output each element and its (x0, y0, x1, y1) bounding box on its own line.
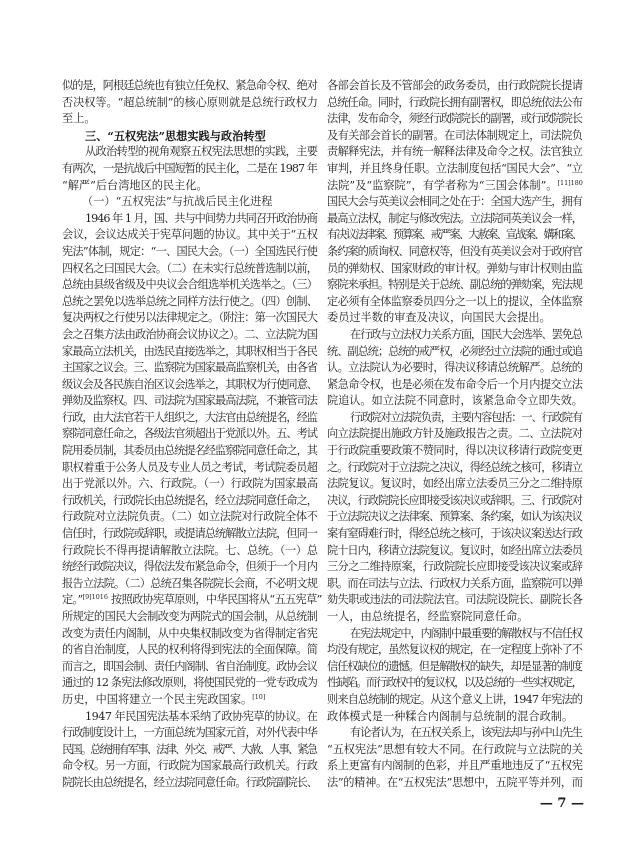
line-text: 改变为责任内阁制，从中央集权制改变为省得制定省宪 (62, 626, 317, 643)
text-line: 于立法院决议之法律案、预算案、条约案，如认为该决议 (327, 509, 583, 526)
left-column: 似的是，阿根廷总统也有独立任免权、紧急命令权、绝对 否决权等。“超总统制”的核心… (62, 78, 318, 792)
line-text: 法律，发布命令，须经行政院院长的副署，或行政院院长 (327, 111, 582, 128)
text-line: 信任权缺位的遗憾。但是解散权的缺失，却是显著的制度 (327, 659, 583, 676)
text-line: 察院来承担。特别是关于总统、副总统的弹劾案，宪法规 (327, 277, 583, 294)
line-text: 统经行政院决议，得依法发布紧急命令，但须于一个月内 (62, 559, 317, 576)
text-line: 定必须有全体监察委员四分之一以上的提议，全体监察 (327, 294, 583, 311)
text-line: 各部会首长及不管部会的政务委员，由行政院院长提请 (327, 78, 583, 95)
line-text: 有决议法律案、预算案、戒严案、大赦案、宣战案、媾和案、 (327, 227, 581, 244)
line-text: 1946 年 1 月，国、共与中间势力共同召开政治协商 (85, 211, 317, 228)
text-line: 民国。总统拥有军事、法律、外交、戒严、大赦、人事、紧急 (62, 742, 318, 759)
line-text: 报告立法院。（二）总统召集各院院长会商，不必明文规 (62, 576, 317, 593)
text-line: 职。而在司法与立法、行政权力关系方面，监察院可以弹 (327, 576, 583, 593)
text-line: 行政，由大法官若干人组织之，大法官由总统提名，经监 (62, 410, 318, 427)
text-line: 员的弹劾权、国家财政的审计权。弹劾与审计权则由监 (327, 261, 583, 278)
line-text: 及有关部会首长的副署。在司法体制规定上，司法院负 (327, 128, 582, 145)
line-text: 信任权缺位的遗憾。但是解散权的缺失，却是显著的制度 (327, 659, 582, 676)
journal-page: 似的是，阿根廷总统也有独立任免权、紧急命令权、绝对 否决权等。“超总统制”的核心… (0, 0, 640, 863)
text-line: 委员过半数的审查及决议，向国民大会提出。 (327, 310, 583, 327)
line-text-pre: 法院”及“监察院”，有学者称为“三国会体制”。 (327, 179, 558, 192)
text-line: 改变为责任内阁制，从中央集权制改变为省得制定省宪 (62, 626, 318, 643)
text-line: 法”的精神。在“五权宪法”思想中，五院平等并列，而 (327, 775, 583, 792)
line-text: 三分之二维持原案，行政院院长应即接受该决议案或辞 (327, 559, 582, 576)
text-line: 似的是，阿根廷总统也有独立任免权、紧急命令权、绝对 (62, 78, 318, 95)
paragraph-start-line: 在行政与立法权力关系方面，国民大会选举、罢免总 (327, 327, 583, 344)
line-text: 紧急命令权，也是必须在发布命令后一个月内提交立法 (327, 377, 582, 394)
line-text: 总统任命。同时，行政院长拥有副署权，即总统依法公布 (327, 95, 582, 112)
line-text: 总统之罢免以选举总统之同样方法行使之。（四）创制、 (62, 294, 317, 311)
page-number: — 7 — (530, 796, 584, 811)
paragraph-start-line: 行政院对立法院负责，主要内容包括：一、行政院有 (327, 410, 583, 427)
line-text: 会之召集方法由政治协商会议协议之）。二、立法院为国 (62, 327, 317, 344)
text-line: 复决两权之行使另以法律规定之。（附注：第一次国民大 (62, 310, 318, 327)
text-line: 会议，会议达成关于宪草问题的协议。其中关于“五权 (62, 227, 318, 244)
line-text: 级议会及各民族自治区议会选举之，其职权为行使同意、 (62, 377, 317, 394)
text-line: 宪法”体制，规定：“一、国民大会。（一）全国选民行使 (62, 244, 318, 261)
right-column: 各部会首长及不管部会的政务委员，由行政院院长提请 总统任命。同时，行政院长拥有副… (327, 78, 583, 792)
text-line: 统、副总统；总统的戒严权，必须经过立法院的通过或追 (327, 344, 583, 361)
line-text: 出于党派以外。六、行政院。（一）行政院为国家最高 (62, 476, 318, 493)
line-text: 均没有规定，虽然复议权的规定，在一定程度上弥补了不 (327, 642, 582, 659)
text-line: 有两次，一是抗战后中国短暂的民主化，二是在 1987 年 (62, 161, 318, 178)
text-line: 向立法院提出施政方针及施政报告之责。二、立法院对 (327, 426, 583, 443)
line-text: 一人，由总统提名，经监察院同意任命。 (327, 609, 528, 626)
line-text: 政体模式是一种糅合内阁制与总统制的混合政制。 (327, 709, 573, 726)
line-text: 历史，中国将建立一个民主宪政国家。[10] (62, 692, 265, 709)
line-text: 民国。总统拥有军事、法律、外交、戒严、大赦、人事、紧急 (62, 742, 316, 759)
line-text: 法院”及“监察院”，有学者称为“三国会体制”。[11]180 (327, 178, 583, 195)
line-text-pre: 定。” (62, 593, 83, 606)
text-line: 报告立法院。（二）总统召集各院院长会商，不必明文规 (62, 576, 318, 593)
line-text: 审判，并且终身任职。立法制度包括“国民大会”、“立 (327, 161, 583, 178)
line-text: 行政机关，行政院长由总统提名，经立法院同意任命之， (62, 493, 317, 510)
line-text: 家最高立法机关，由选民直接选举之，其职权相当于各民 (62, 344, 317, 361)
text-line: 信任时，行政院或辞职，或提请总统解散立法院，但同一 (62, 526, 318, 543)
line-text: 行政，由大法官若干人组织之，大法官由总统提名，经监 (62, 410, 317, 427)
paragraph-start-line: 1947 年民国宪法基本采纳了政协宪草的协议。在 (62, 709, 318, 726)
line-text: 察院同意任命之，各级法官须超出于党派以外。五、考试 (62, 426, 317, 443)
text-line: 至上。 (62, 111, 318, 128)
line-text: 法”的精神。在“五权宪法”思想中，五院平等并列，而 (327, 775, 583, 792)
line-text: 在行政与立法权力关系方面，国民大会选举、罢免总 (350, 327, 582, 344)
text-line: 法律，发布命令，须经行政院院长的副署，或行政院院长 (327, 111, 583, 128)
text-line: 四权名之曰国民大会。（二）在未实行总统普选制以前， (62, 261, 318, 278)
text-line: 劾失职或违法的司法院法官。司法院设院长、副院长各 (327, 592, 583, 609)
line-text: 在宪法规定中，内阁制中最重要的解散权与不信任权 (350, 626, 582, 643)
text-line: 所规定的国民大会制改变为两院式的国会制，从总统制 (62, 609, 318, 626)
line-text: 定。”[9]1016 按照政协宪草原则，中华民国将从“五五宪草” (62, 592, 322, 609)
line-text: 的省自治制度，人民的权利将得到宪法的全面保障。简 (62, 642, 317, 659)
line-text: 决议，行政院院长应即接受该决议或辞职。三、行政院对 (327, 493, 582, 510)
line-text: 复决两权之行使另以法律规定之。（附注：第一次国民大 (62, 310, 317, 327)
text-line: 条约案的质询权、同意权等，但没有英美议会对于政府官 (327, 244, 583, 261)
line-text: 于立法院决议之法律案、预算案、条约案，如认为该决议 (327, 509, 582, 526)
paragraph-start-line: 在宪法规定中，内阁制中最重要的解散权与不信任权 (327, 626, 583, 643)
section-heading-text: 三、“五权宪法”思想实践与政治转型 (85, 128, 266, 145)
line-text: “五权宪法”思想有较大不同。在行政院与立法院的关 (327, 742, 583, 759)
line-text: 有两次，一是抗战后中国短暂的民主化，二是在 1987 年 (62, 161, 317, 178)
line-text: 1947 年民国宪法基本采纳了政协宪草的协议。在 (85, 709, 318, 726)
line-text: 各部会首长及不管部会的政务委员，由行政院院长提请 (327, 78, 582, 95)
text-line: 职权着重于公务人员及专业人员之考试，考试院委员超 (62, 460, 318, 477)
text-line: 认。立法院认为必要时，得决议移请总统解严。总统的 (327, 360, 583, 377)
line-text: 责解释宪法，并有统一解释法律及命令之权。法官独立 (327, 144, 582, 161)
text-line: 会之召集方法由政治协商会议协议之）。二、立法院为国 (62, 327, 318, 344)
text-line: 而言之，即国会制、责任内阁制、省自治制度。政协会议 (62, 659, 318, 676)
text-line: 于行政院重要政策不赞同时，得以决议移请行政院变更 (327, 443, 583, 460)
line-text: 性缺陷。而行政权中的复议权，以及总统的一些实权规定， (327, 675, 582, 692)
text-line: 有决议法律案、预算案、戒严案、大赦案、宣战案、媾和案、 (327, 227, 583, 244)
line-text: 行政院对立法院负责，主要内容包括：一、行政院有 (350, 410, 582, 427)
line-text: 向立法院提出施政方针及施政报告之责。二、立法院对 (327, 426, 582, 443)
text-line: 审判，并且终身任职。立法制度包括“国民大会”、“立 (327, 161, 583, 178)
text-line: 系上更富有内阁制的色彩，并且严重地违反了“五权宪 (327, 758, 583, 775)
text-line: 通过的 12 条宪法修改原则，将使国民党的一党专政成为 (62, 675, 318, 692)
line-text: 而言之，即国会制、责任内阁制、省自治制度。政协会议 (62, 659, 317, 676)
text-line: 法院复议。复议时，如经出席立法委员三分之二维持原 (327, 476, 583, 493)
line-text: 似的是，阿根廷总统也有独立任免权、紧急命令权、绝对 (62, 78, 317, 95)
line-text: 员的弹劾权、国家财政的审计权。弹劾与审计权则由监 (327, 261, 582, 278)
line-text: 从政治转型的视角观察五权宪法思想的实践，主要 (85, 144, 317, 161)
line-text: 察院来承担。特别是关于总统、副总统的弹劾案，宪法规 (327, 277, 582, 294)
line-text: 会议，会议达成关于宪草问题的协议。其中关于“五权 (62, 227, 318, 244)
line-text: “解严”后台湾地区的民主化。 (62, 178, 208, 195)
text-line: 察院同意任命之，各级法官须超出于党派以外。五、考试 (62, 426, 318, 443)
text-line: 之。行政院对于立法院之决议，得经总统之核可，移请立 (327, 460, 583, 477)
text-line: 主国家之议会。三、监察院为国家最高监察机关，由各省 (62, 360, 318, 377)
line-text: 院院长由总统提名，经立法院同意任命。行政院副院长、 (62, 775, 317, 792)
line-text: 所规定的国民大会制改变为两院式的国会制，从总统制 (62, 609, 317, 626)
text-line: 行政制度设计上，一方面总统为国家元首，对外代表中华 (62, 725, 318, 742)
text-line: 院院长由总统提名，经立法院同意任命。行政院副院长、 (62, 775, 318, 792)
line-text: 总统由县级省级及中央议会合组选举机关选举之。（三） (62, 277, 317, 294)
line-text: 行政院长不得再提请解散立法院。七、总统。（一）总 (62, 543, 318, 560)
text-line: 均没有规定，虽然复议权的规定，在一定程度上弥补了不 (327, 642, 583, 659)
paragraph-start-line: 1946 年 1 月，国、共与中间势力共同召开政治协商 (62, 211, 318, 228)
line-text: 则来自总统制的规定。从这个意义上讲，1947 年宪法的 (327, 692, 582, 709)
text-line: 一人，由总统提名，经监察院同意任命。 (327, 609, 583, 626)
paragraph-start-line: 有论者认为，在五权关系上，该宪法却与孙中山先生 (327, 725, 583, 742)
text-line: 行政机关，行政院长由总统提名，经立法院同意任命之， (62, 493, 318, 510)
text-line: 级议会及各民族自治区议会选举之，其职权为行使同意、 (62, 377, 318, 394)
line-text: 主国家之议会。三、监察院为国家最高监察机关，由各省 (62, 360, 317, 377)
line-text: 弹劾及监察权。四、司法院为国家最高法院，不兼管司法 (62, 393, 317, 410)
line-text: 条约案的质询权、同意权等，但没有英美议会对于政府官 (327, 244, 582, 261)
line-text: 信任时，行政院或辞职，或提请总统解散立法院，但同一 (62, 526, 317, 543)
line-text: 案有窒碍难行时，得经总统之核可，于该决议案送达行政 (327, 526, 582, 543)
text-line: 家最高立法机关，由选民直接选举之，其职权相当于各民 (62, 344, 318, 361)
citation-superscript: [9]1016 (83, 593, 108, 601)
line-text: 认。立法院认为必要时，得决议移请总统解严。总统的 (327, 360, 582, 377)
text-line-with-citation: 历史，中国将建立一个民主宪政国家。[10] (62, 692, 318, 709)
text-line: 行政院对立法院负责。（二）如立法院对行政院全体不 (62, 509, 318, 526)
line-text: 宪法”体制，规定：“一、国民大会。（一）全国选民行使 (62, 244, 317, 261)
line-text: 之。行政院对于立法院之决议，得经总统之核可，移请立 (327, 460, 582, 477)
line-text: 定必须有全体监察委员四分之一以上的提议，全体监察 (327, 294, 582, 311)
text-line: 紧急命令权，也是必须在发布命令后一个月内提交立法 (327, 377, 583, 394)
line-text: 委员过半数的审查及决议，向国民大会提出。 (327, 310, 551, 327)
line-text: 劾失职或违法的司法院法官。司法院设院长、副院长各 (327, 592, 582, 609)
line-text: 行政制度设计上，一方面总统为国家元首，对外代表中华 (62, 725, 317, 742)
text-line: 最高立法权，制定与修改宪法。立法院同英美议会一样， (327, 211, 583, 228)
text-line: 案有窒碍难行时，得经总统之核可，于该决议案送达行政 (327, 526, 583, 543)
text-line: 出于党派以外。六、行政院。（一）行政院为国家最高 (62, 476, 318, 493)
text-line: 统经行政院决议，得依法发布紧急命令，但须于一个月内 (62, 559, 318, 576)
text-line: 性缺陷。而行政权中的复议权，以及总统的一些实权规定， (327, 675, 583, 692)
citation-superscript: [11]180 (558, 179, 583, 187)
line-text: 院追认。如立法院不同意时，该紧急命令立即失效。 (327, 393, 583, 410)
citation-superscript: [10] (252, 693, 265, 701)
text-line: 的省自治制度，人民的权利将得到宪法的全面保障。简 (62, 642, 318, 659)
line-text: 国民大会与英美议会相同之处在于：全国大选产生，拥有 (327, 194, 582, 211)
text-line-with-citation: 定。”[9]1016 按照政协宪草原则，中华民国将从“五五宪草” (62, 592, 318, 609)
text-line: 及有关部会首长的副署。在司法体制规定上，司法院负 (327, 128, 583, 145)
text-line: 政体模式是一种糅合内阁制与总统制的混合政制。 (327, 709, 583, 726)
subsection-heading-text: （一）“五权宪法”与抗战后民主化进程 (82, 194, 272, 211)
text-line: 总统任命。同时，行政院长拥有副署权，即总统依法公布 (327, 95, 583, 112)
text-line: 国民大会与英美议会相同之处在于：全国大选产生，拥有 (327, 194, 583, 211)
text-line: 则来自总统制的规定。从这个意义上讲，1947 年宪法的 (327, 692, 583, 709)
text-line: 总统之罢免以选举总统之同样方法行使之。（四）创制、 (62, 294, 318, 311)
line-text: 院用委员制，其委员由总统提名经监察院同意任命之，其 (62, 443, 317, 460)
line-text: 有论者认为，在五权关系上，该宪法却与孙中山先生 (350, 725, 582, 742)
line-text: 职。而在司法与立法、行政权力关系方面，监察院可以弹 (327, 576, 582, 593)
line-text: 法院复议。复议时，如经出席立法委员三分之二维持原 (327, 476, 582, 493)
line-text: 最高立法权，制定与修改宪法。立法院同英美议会一样， (327, 211, 582, 228)
line-text: 系上更富有内阁制的色彩，并且严重地违反了“五权宪 (327, 758, 583, 775)
text-line: 院用委员制，其委员由总统提名经监察院同意任命之，其 (62, 443, 318, 460)
line-text: 院十日内，移请立法院复议。复议时，如经出席立法委员 (327, 543, 582, 560)
line-text-post: 按照政协宪草原则，中华民国将从“五五宪草” (108, 593, 322, 606)
line-text: 职权着重于公务人员及专业人员之考试，考试院委员超 (62, 460, 317, 477)
line-text-pre: 历史，中国将建立一个民主宪政国家。 (62, 693, 252, 706)
text-line: 弹劾及监察权。四、司法院为国家最高法院，不兼管司法 (62, 393, 318, 410)
text-line: 院十日内，移请立法院复议。复议时，如经出席立法委员 (327, 543, 583, 560)
line-text: 行政院对立法院负责。（二）如立法院对行政院全体不 (62, 509, 318, 526)
text-line: “解严”后台湾地区的民主化。 (62, 178, 318, 195)
text-line: 总统由县级省级及中央议会合组选举机关选举之。（三） (62, 277, 318, 294)
text-line: 行政院长不得再提请解散立法院。七、总统。（一）总 (62, 543, 318, 560)
text-line-with-citation: 法院”及“监察院”，有学者称为“三国会体制”。[11]180 (327, 178, 583, 195)
text-line: “五权宪法”思想有较大不同。在行政院与立法院的关 (327, 742, 583, 759)
text-line: 院追认。如立法院不同意时，该紧急命令立即失效。 (327, 393, 583, 410)
line-text: 否决权等。“超总统制”的核心原则就是总统行政权力 (62, 95, 318, 112)
text-line: 三分之二维持原案，行政院院长应即接受该决议案或辞 (327, 559, 583, 576)
text-line: 决议，行政院院长应即接受该决议或辞职。三、行政院对 (327, 493, 583, 510)
line-text: 命令权。另一方面，行政院为国家最高行政机关。行政 (62, 758, 317, 775)
subsection-heading: （一）“五权宪法”与抗战后民主化进程 (62, 194, 318, 211)
text-line: 否决权等。“超总统制”的核心原则就是总统行政权力 (62, 95, 318, 112)
paragraph-start-line: 从政治转型的视角观察五权宪法思想的实践，主要 (62, 144, 318, 161)
text-line: 责解释宪法，并有统一解释法律及命令之权。法官独立 (327, 144, 583, 161)
line-text: 统、副总统；总统的戒严权，必须经过立法院的通过或追 (327, 344, 582, 361)
line-text: 通过的 12 条宪法修改原则，将使国民党的一党专政成为 (62, 675, 317, 692)
text-line: 命令权。另一方面，行政院为国家最高行政机关。行政 (62, 758, 318, 775)
line-text: 至上。 (62, 111, 96, 128)
line-text: 于行政院重要政策不赞同时，得以决议移请行政院变更 (327, 443, 582, 460)
section-heading: 三、“五权宪法”思想实践与政治转型 (62, 128, 318, 145)
line-text: 四权名之曰国民大会。（二）在未实行总统普选制以前， (62, 261, 317, 278)
